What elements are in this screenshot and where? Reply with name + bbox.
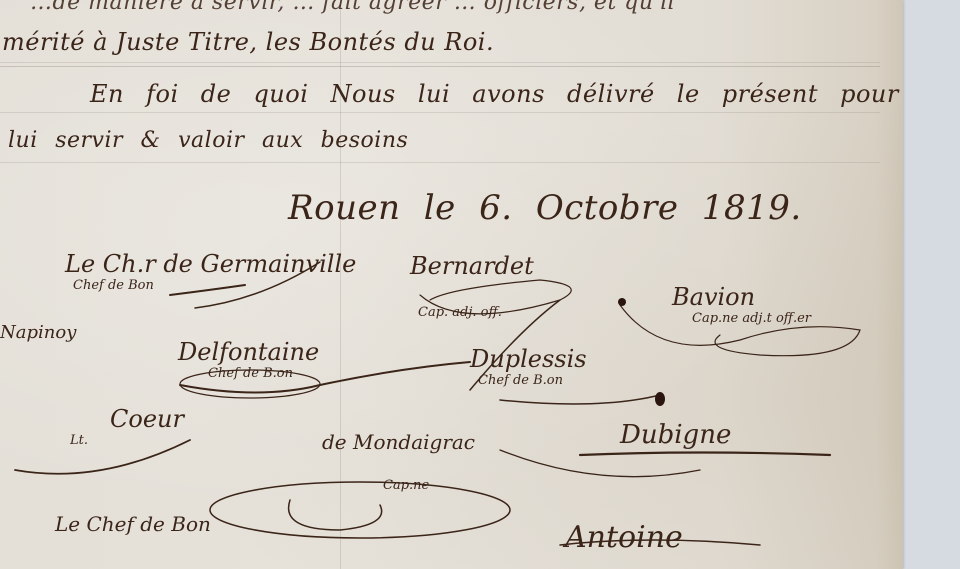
signature-title: Cap. adj. off.	[418, 305, 502, 320]
signature-name: Bernardet	[410, 252, 534, 280]
signature-bavion: Bavion Cap.ne adj.t off.er	[672, 283, 811, 326]
signature-title: Chef de Bon	[73, 278, 356, 293]
dateline: Rouen le 6. Octobre 1819.	[288, 188, 802, 228]
signature-coeur: Coeur Lt.	[110, 405, 184, 448]
ruled-line	[0, 162, 880, 163]
body-line-4: lui servir & valoir aux besoins	[8, 128, 408, 153]
signature-captain: Cap.ne	[375, 478, 429, 493]
ink-blot	[655, 392, 665, 406]
signature-name: Duplessis	[470, 345, 587, 373]
signature-dubigne: Dubigne	[620, 420, 731, 450]
body-line-2: mérité à Juste Titre, les Bontés du Roi.	[2, 28, 494, 56]
ruled-line	[0, 112, 880, 113]
signature-germainville: Le Ch.r de Germainville Chef de Bon	[65, 250, 356, 293]
signature-title: Lt.	[70, 433, 184, 448]
signature-name: Coeur	[110, 405, 184, 433]
body-line-3: En foi de quoi Nous lui avons délivré le…	[90, 80, 899, 108]
signature-title: Chef de B.on	[208, 366, 319, 381]
body-line-1: …de manière à servir, … fait agréer … of…	[30, 0, 675, 15]
signature-bernardet-title: Cap. adj. off.	[410, 305, 502, 320]
signature-name: Delfontaine	[178, 338, 319, 366]
signature-name: Napinoy	[0, 322, 76, 343]
ink-blot	[618, 298, 626, 306]
fold-crease-horizontal	[0, 66, 880, 67]
ruled-line	[0, 62, 880, 63]
signature-title: Chef de B.on	[478, 373, 587, 388]
signature-name: Le Ch.r de Germainville	[65, 250, 356, 278]
signature-napinoy: Napinoy	[0, 322, 76, 343]
signature-title: Cap.ne	[383, 478, 429, 493]
signature-name: Antoine	[565, 520, 683, 555]
manuscript-page: …de manière à servir, … fait agréer … of…	[0, 0, 903, 569]
signature-delfontaine: Delfontaine Chef de B.on	[178, 338, 319, 381]
signature-name: Dubigne	[620, 420, 731, 450]
signature-name: Le Chef de Bon	[55, 512, 211, 536]
signature-bernardet: Bernardet	[410, 252, 534, 280]
signature-name: de Mondaigrac	[322, 430, 475, 454]
signature-antoine: Antoine	[565, 520, 683, 555]
signature-name: Bavion	[672, 283, 811, 311]
signature-title: Cap.ne adj.t off.er	[692, 311, 811, 326]
signature-chef-de-bon: Le Chef de Bon	[55, 512, 211, 536]
signature-mondaigrac: de Mondaigrac	[322, 430, 475, 454]
signature-duplessis: Duplessis Chef de B.on	[470, 345, 587, 388]
